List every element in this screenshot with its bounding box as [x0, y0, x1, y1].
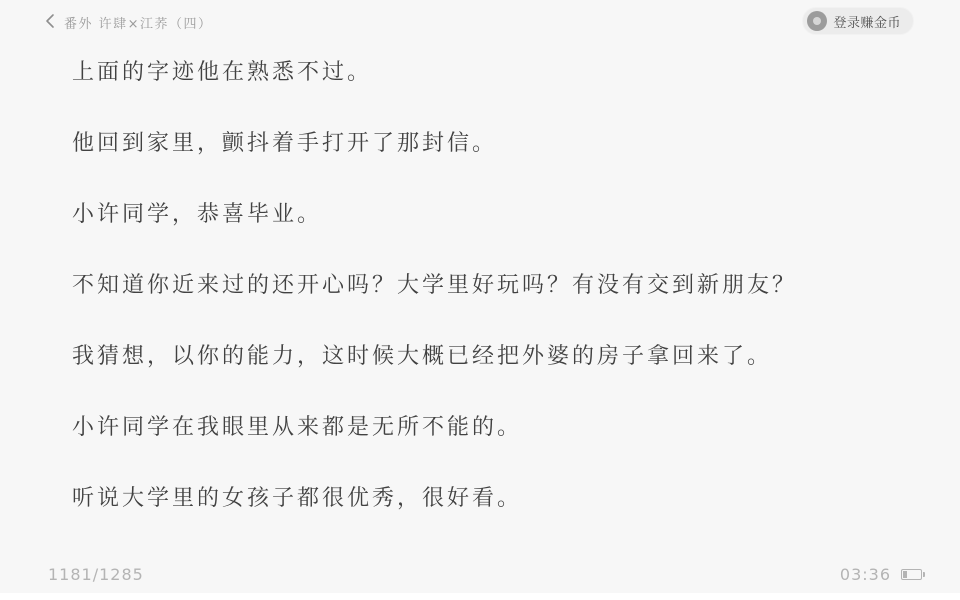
reader-page: 番外 许肆×江荞（四） 登录赚金币 上面的字迹他在熟悉不过。 他回到家里，颤抖着…	[0, 0, 960, 600]
paragraph: 他回到家里，颤抖着手打开了那封信。	[72, 127, 896, 161]
clock-time: 03:36	[840, 565, 891, 584]
battery-low-icon	[901, 569, 922, 580]
paragraph: 听说大学里的女孩子都很优秀，很好看。	[72, 482, 896, 516]
paragraph: 小许同学在我眼里从来都是无所不能的。	[72, 411, 896, 445]
bottom-edge-strip	[0, 593, 960, 600]
reader-text-area[interactable]: 上面的字迹他在熟悉不过。 他回到家里，颤抖着手打开了那封信。 小许同学，恭喜毕业…	[0, 0, 960, 560]
page-indicator: 1181/1285	[48, 565, 144, 584]
paragraph: 小许同学，恭喜毕业。	[72, 198, 896, 232]
paragraph: 我猜想，以你的能力，这时候大概已经把外婆的房子拿回来了。	[72, 340, 896, 374]
paragraph: 不知道你近来过的还开心吗？大学里好玩吗？有没有交到新朋友？	[72, 269, 896, 303]
battery-fill-level	[903, 571, 907, 578]
paragraph: 上面的字迹他在熟悉不过。	[72, 56, 896, 90]
footer-status: 03:36	[840, 565, 922, 584]
